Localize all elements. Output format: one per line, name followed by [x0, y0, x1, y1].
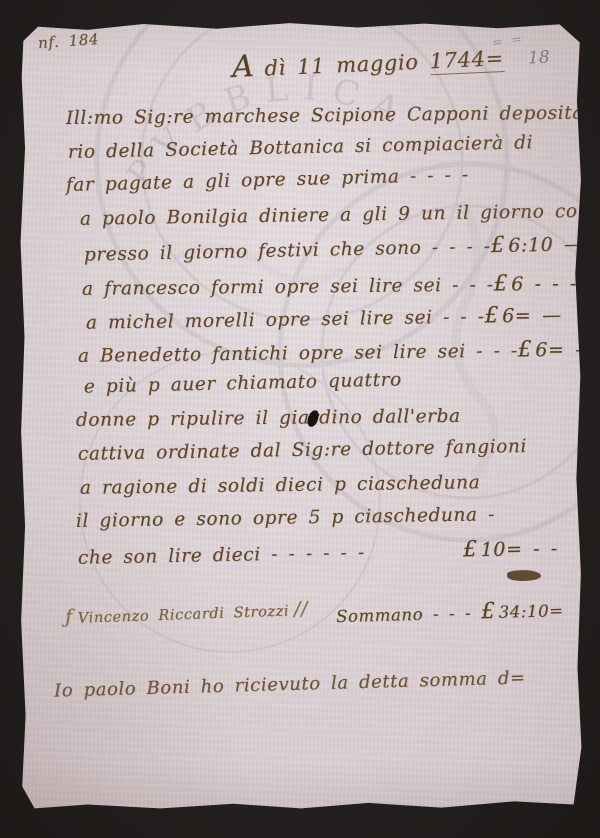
date-text: dì 11 maggio	[264, 50, 419, 81]
lira-glyph: £	[481, 599, 496, 624]
signature-flourish-right: //	[294, 598, 309, 620]
lira-glyph: £	[490, 233, 505, 258]
lira-glyph: £	[484, 303, 499, 328]
total-sum: Sommano - - - £34:10=	[336, 597, 570, 628]
amount-value: £6 - - -	[493, 271, 577, 297]
lira-glyph: £	[493, 271, 508, 296]
amount-value: £6:10 —	[490, 232, 583, 259]
line-text: che son lire dieci - - - - - -	[78, 542, 365, 569]
receipt-note: Io paolo Boni ho ricievuto la detta somm…	[54, 667, 526, 701]
amount-value: £6= —	[518, 337, 595, 363]
date-year: 1744=	[429, 46, 504, 75]
page-number-pencil: 18	[528, 47, 551, 68]
manuscript-body: Ill:mo Sig:re marchese Scipione Capponi …	[66, 108, 558, 578]
amount-number: 6= —	[535, 339, 595, 362]
amount-number: 6= —	[502, 304, 562, 327]
date-line: Adì 11 maggio 1744=	[231, 38, 504, 85]
line-text: donne p ripulire il giardino dall'erba	[76, 406, 461, 431]
line-text: a Benedetto fantichi opre sei lire sei -…	[78, 341, 518, 367]
amount-number: 10= - -	[480, 537, 558, 560]
line-text: presso il giorno festivi che sono - - - …	[84, 236, 491, 266]
line-text: a francesco formi opre sei lire sei - - …	[82, 274, 494, 299]
total-label: Sommano - - -	[336, 604, 472, 627]
signature: ƒVincenzo Riccardi Strozzi//	[60, 598, 314, 629]
signature-flourish-left: ƒ	[65, 606, 73, 628]
amount-value: £10= - -	[463, 535, 558, 562]
paraph-flourish: A	[231, 49, 255, 85]
line-text: Ill:mo Sig:re marchese Scipione Capponi …	[66, 103, 584, 129]
archival-reference: nf. 184	[37, 30, 99, 52]
total-amount: 34:10=	[499, 601, 564, 622]
amount-number: 6:10 —	[508, 234, 584, 258]
line-text: a michel morelli opre sei lire sei - - -	[86, 306, 485, 333]
manuscript-page: PVBBLICA nf. 184 = = 18 Adì 11 maggio 17…	[20, 22, 582, 810]
amount-value: £6= —	[484, 302, 561, 328]
signature-name: Vincenzo Riccardi Strozzi	[77, 603, 289, 626]
lira-glyph: £	[518, 337, 533, 362]
lira-glyph: £	[463, 537, 478, 562]
signature-total-row: ƒVincenzo Riccardi Strozzi// Sommano - -…	[60, 600, 570, 625]
amount-number: 6 - - -	[511, 273, 577, 296]
ink-smudge	[507, 569, 542, 582]
scan-background: PVBBLICA nf. 184 = = 18 Adì 11 maggio 17…	[0, 0, 600, 838]
